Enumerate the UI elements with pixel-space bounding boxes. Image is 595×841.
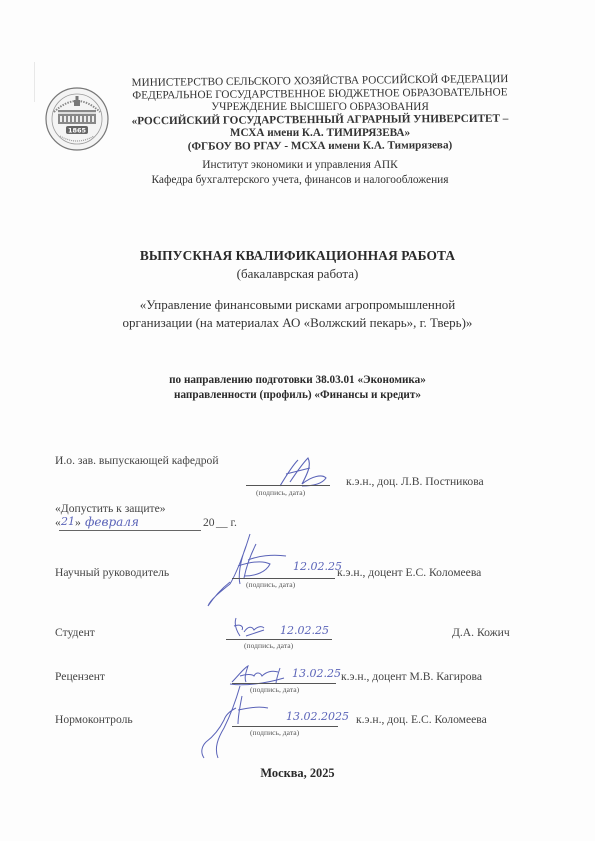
city-year: Москва, 2025: [0, 766, 595, 781]
student-signature-icon: [230, 616, 270, 640]
student-signature-caption: (подпись, дата): [244, 641, 293, 650]
head-signature-icon: [272, 456, 332, 492]
thesis-topic-line-1: «Управление финансовыми рисками агропром…: [0, 296, 595, 314]
supervisor-label: Научный руководитель: [55, 566, 169, 579]
thesis-topic: «Управление финансовыми рисками агропром…: [0, 296, 595, 332]
admit-date-underline: [59, 530, 201, 531]
admit-date-open-quote: «: [55, 516, 61, 529]
reviewer-label: Рецензент: [55, 670, 105, 683]
head-signature-caption: (подпись, дата): [256, 488, 305, 497]
normcontrol-signature-line: [232, 726, 338, 727]
normcontrol-signature-icon: [196, 680, 286, 762]
student-signature-line: [226, 639, 332, 640]
title-page: 1865 МИНИСТЕРСТВО СЕЛЬСКОГО ХОЗЯЙСТВА РО…: [0, 0, 595, 841]
normcontrol-label: Нормоконтроль: [55, 713, 133, 726]
normcontrol-signature-caption: (подпись, дата): [250, 728, 299, 737]
head-of-department-name: к.э.н., доц. Л.В. Постникова: [346, 475, 484, 488]
institute-block: Институт экономики и управления АПК Кафе…: [60, 158, 540, 188]
normcontrol-signature-date: 13.02.2025: [286, 710, 349, 723]
head-signature-line: [246, 485, 330, 486]
study-direction-line: по направлению подготовки 38.03.01 «Экон…: [0, 373, 595, 388]
work-subtitle: (бакалаврская работа): [0, 266, 595, 282]
admit-date-close-quote: »: [75, 516, 81, 529]
thesis-topic-line-2: организации (на материалах АО «Волжский …: [0, 314, 595, 332]
university-name-line-2: МСХА имени К.А. ТИМИРЯЗЕВА»: [80, 127, 560, 140]
supervisor-name: к.э.н., доцент Е.С. Коломеева: [337, 566, 481, 579]
work-title: ВЫПУСКНАЯ КВАЛИФИКАЦИОННАЯ РАБОТА: [0, 248, 595, 264]
student-signature-date: 12.02.25: [280, 624, 329, 637]
student-label: Студент: [55, 626, 95, 639]
study-direction: по направлению подготовки 38.03.01 «Экон…: [0, 373, 595, 403]
admit-date-month: февраля: [85, 515, 139, 529]
admit-to-defense-label: «Допустить к защите»: [55, 502, 166, 515]
ministry-header: МИНИСТЕРСТВО СЕЛЬСКОГО ХОЗЯЙСТВА РОССИЙС…: [80, 75, 560, 153]
institute-name: Институт экономики и управления АПК: [60, 158, 540, 173]
normcontrol-name: к.э.н., доц. Е.С. Коломеева: [356, 713, 487, 726]
supervisor-signature-date: 12.02.25: [293, 560, 342, 573]
supervisor-signature-icon: [200, 526, 290, 610]
student-name: Д.А. Кожич: [452, 626, 510, 639]
university-abbr-line: (ФГБОУ ВО РГАУ - МСХА имени К.А. Тимиряз…: [80, 139, 560, 155]
reviewer-name: к.э.н., доцент М.В. Кагирова: [341, 670, 482, 683]
department-name: Кафедра бухгалтерского учета, финансов и…: [60, 173, 540, 188]
reviewer-signature-date: 13.02.25: [292, 667, 341, 680]
scan-edge-artifact: [34, 62, 35, 102]
head-of-department-label: И.о. зав. выпускающей кафедрой: [55, 454, 219, 467]
admit-date-day: 21: [61, 515, 75, 528]
supervisor-signature-line: [232, 578, 335, 579]
study-profile-line: направленности (профиль) «Финансы и кред…: [0, 388, 595, 403]
supervisor-signature-caption: (подпись, дата): [246, 580, 295, 589]
